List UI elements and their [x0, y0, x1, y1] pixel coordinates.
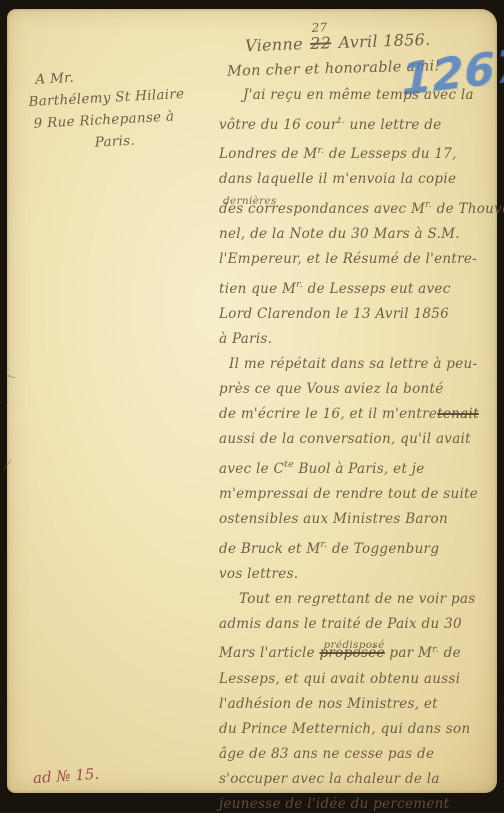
manuscript-text: t.	[338, 115, 345, 126]
manuscript-text: de Lesseps du 17,	[324, 146, 456, 162]
manuscript-text: une lettre de	[345, 117, 442, 133]
photo-frame: Vienne 22 27 Avril 1856. Mon cher et hon…	[0, 0, 504, 813]
manuscript-text: de m'écrire le 16, et il m'entre	[219, 406, 437, 422]
manuscript-text: Londres de M	[219, 146, 317, 162]
manuscript-text: ostensibles aux Ministres Baron	[219, 511, 448, 527]
ink-bleed-mark: /	[3, 457, 11, 474]
manuscript-text: de Bruck et M	[219, 541, 320, 557]
struck-text: tenait	[437, 406, 479, 422]
manuscript-text: par M	[385, 645, 432, 661]
manuscript-line: nel, de la Note du 30 Mars à S.M.	[219, 222, 504, 247]
manuscript-text: aussi de la conversation, qu'il avait	[219, 431, 471, 447]
interlinear-insertion: dernières	[223, 189, 277, 214]
manuscript-text: Lord Clarendon le 13 Avril 1856	[219, 306, 449, 322]
manuscript-text: l'Empereur, et le Résumé de l'entre-	[219, 251, 477, 267]
manuscript-text: de	[439, 645, 461, 661]
manuscript-text: des correspondancesdernières	[219, 201, 369, 217]
struck-text: proposéeprédisposé	[319, 645, 384, 661]
manuscript-text: avec le C	[219, 461, 284, 477]
manuscript-line: âge de 83 ans ne cesse pas de	[219, 742, 504, 767]
manuscript-text: te	[284, 459, 294, 470]
manuscript-text: de Toggenburg	[327, 541, 439, 557]
date-place: Vienne	[245, 34, 303, 55]
ink-bleed-mark: ~	[3, 368, 18, 386]
manuscript-text: m'empressai de rendre tout de suite	[219, 486, 478, 502]
manuscript-line: l'adhésion de nos Ministres, et	[219, 692, 504, 717]
manuscript-text: du Prince Metternich, qui dans son	[219, 721, 470, 737]
manuscript-line: près ce que Vous aviez la bonté	[219, 377, 504, 402]
manuscript-text: vôtre du 16 cour	[219, 117, 338, 133]
manuscript-line: J'ai reçu en même temps avec la	[243, 83, 504, 108]
manuscript-text: r.	[425, 199, 432, 210]
manuscript-line: Londres de Mr. de Lesseps du 17,	[219, 138, 504, 168]
letter-paper: Vienne 22 27 Avril 1856. Mon cher et hon…	[7, 9, 497, 793]
manuscript-line: Il me répétait dans sa lettre à peu-	[229, 352, 504, 377]
manuscript-text: Lesseps, et qui avait obtenu aussi	[219, 671, 460, 687]
manuscript-line: de Bruck et Mr. de Toggenburg	[219, 532, 504, 562]
registry-note: ad № 15.	[32, 765, 99, 788]
manuscript-text: Buol à Paris, et je	[294, 461, 425, 477]
date-day-struck: 22	[310, 33, 332, 53]
manuscript-line: des correspondancesdernières avec Mr. de…	[219, 192, 504, 222]
date-rest: Avril 1856.	[338, 30, 431, 52]
manuscript-text: âge de 83 ans ne cesse pas de	[219, 746, 434, 762]
manuscript-text: de Lesseps eut avec	[303, 281, 451, 297]
manuscript-text: jeunesse de l'idée du percement	[219, 796, 449, 812]
manuscript-text: vos lettres.	[219, 566, 298, 582]
ink-bleed-mark: ′	[2, 401, 8, 417]
date-day-correction: 22 27	[310, 33, 332, 53]
manuscript-text: dans laquelle il m'envoia la copie	[219, 171, 456, 187]
manuscript-line: ostensibles aux Ministres Baron	[219, 507, 504, 532]
manuscript-line: à Paris.	[219, 327, 504, 352]
manuscript-text: nel, de la Note du 30 Mars à S.M.	[219, 226, 460, 242]
manuscript-line: Tout en regrettant de ne voir pas	[239, 587, 504, 612]
manuscript-line: avec le Cte Buol à Paris, et je	[219, 452, 504, 482]
manuscript-line: m'empressai de rendre tout de suite	[219, 482, 504, 507]
date-line: Vienne 22 27 Avril 1856.	[245, 30, 431, 55]
date-day-corrected: 27	[311, 20, 327, 35]
manuscript-text: l'adhésion de nos Ministres, et	[219, 696, 438, 712]
address-line: Paris.	[94, 127, 187, 154]
manuscript-text: près ce que Vous aviez la bonté	[219, 381, 444, 397]
manuscript-text: avec M	[369, 201, 425, 217]
manuscript-text: de Thouve-	[432, 201, 504, 217]
manuscript-line: de m'écrire le 16, et il m'entretenait	[219, 402, 504, 427]
manuscript-line: s'occuper avec la chaleur de la	[219, 767, 504, 792]
manuscript-line: jeunesse de l'idée du percement	[219, 792, 504, 813]
manuscript-text: Mars l'article	[219, 645, 319, 661]
interlinear-insertion: prédisposé	[323, 633, 384, 658]
recipient-address-block: A Mr. Barthélemy St Hilaire 9 Rue Richep…	[27, 61, 187, 157]
manuscript-line: Mars l'article proposéeprédisposé par Mr…	[219, 637, 504, 667]
manuscript-text: Tout en regrettant de ne voir pas	[239, 591, 476, 607]
manuscript-line: Lord Clarendon le 13 Avril 1856	[219, 302, 504, 327]
manuscript-text: Il me répétait dans sa lettre à peu-	[229, 356, 477, 372]
manuscript-line: vos lettres.	[219, 562, 504, 587]
manuscript-text: à Paris.	[219, 331, 272, 347]
letter-body: J'ai reçu en même temps avec lavôtre du …	[219, 83, 504, 813]
manuscript-line: Lesseps, et qui avait obtenu aussi	[219, 667, 504, 692]
manuscript-line: du Prince Metternich, qui dans son	[219, 717, 504, 742]
manuscript-text: tien que M	[219, 281, 296, 297]
manuscript-text: J'ai reçu en même temps avec la	[243, 87, 474, 103]
manuscript-line: aussi de la conversation, qu'il avait	[219, 427, 504, 452]
manuscript-line: tien que Mr. de Lesseps eut avec	[219, 272, 504, 302]
manuscript-text: admis dans le traité de Paix du 30	[219, 616, 462, 632]
manuscript-text: s'occuper avec la chaleur de la	[219, 771, 440, 787]
manuscript-line: vôtre du 16 court. une lettre de	[219, 108, 504, 138]
manuscript-line: l'Empereur, et le Résumé de l'entre-	[219, 247, 504, 272]
